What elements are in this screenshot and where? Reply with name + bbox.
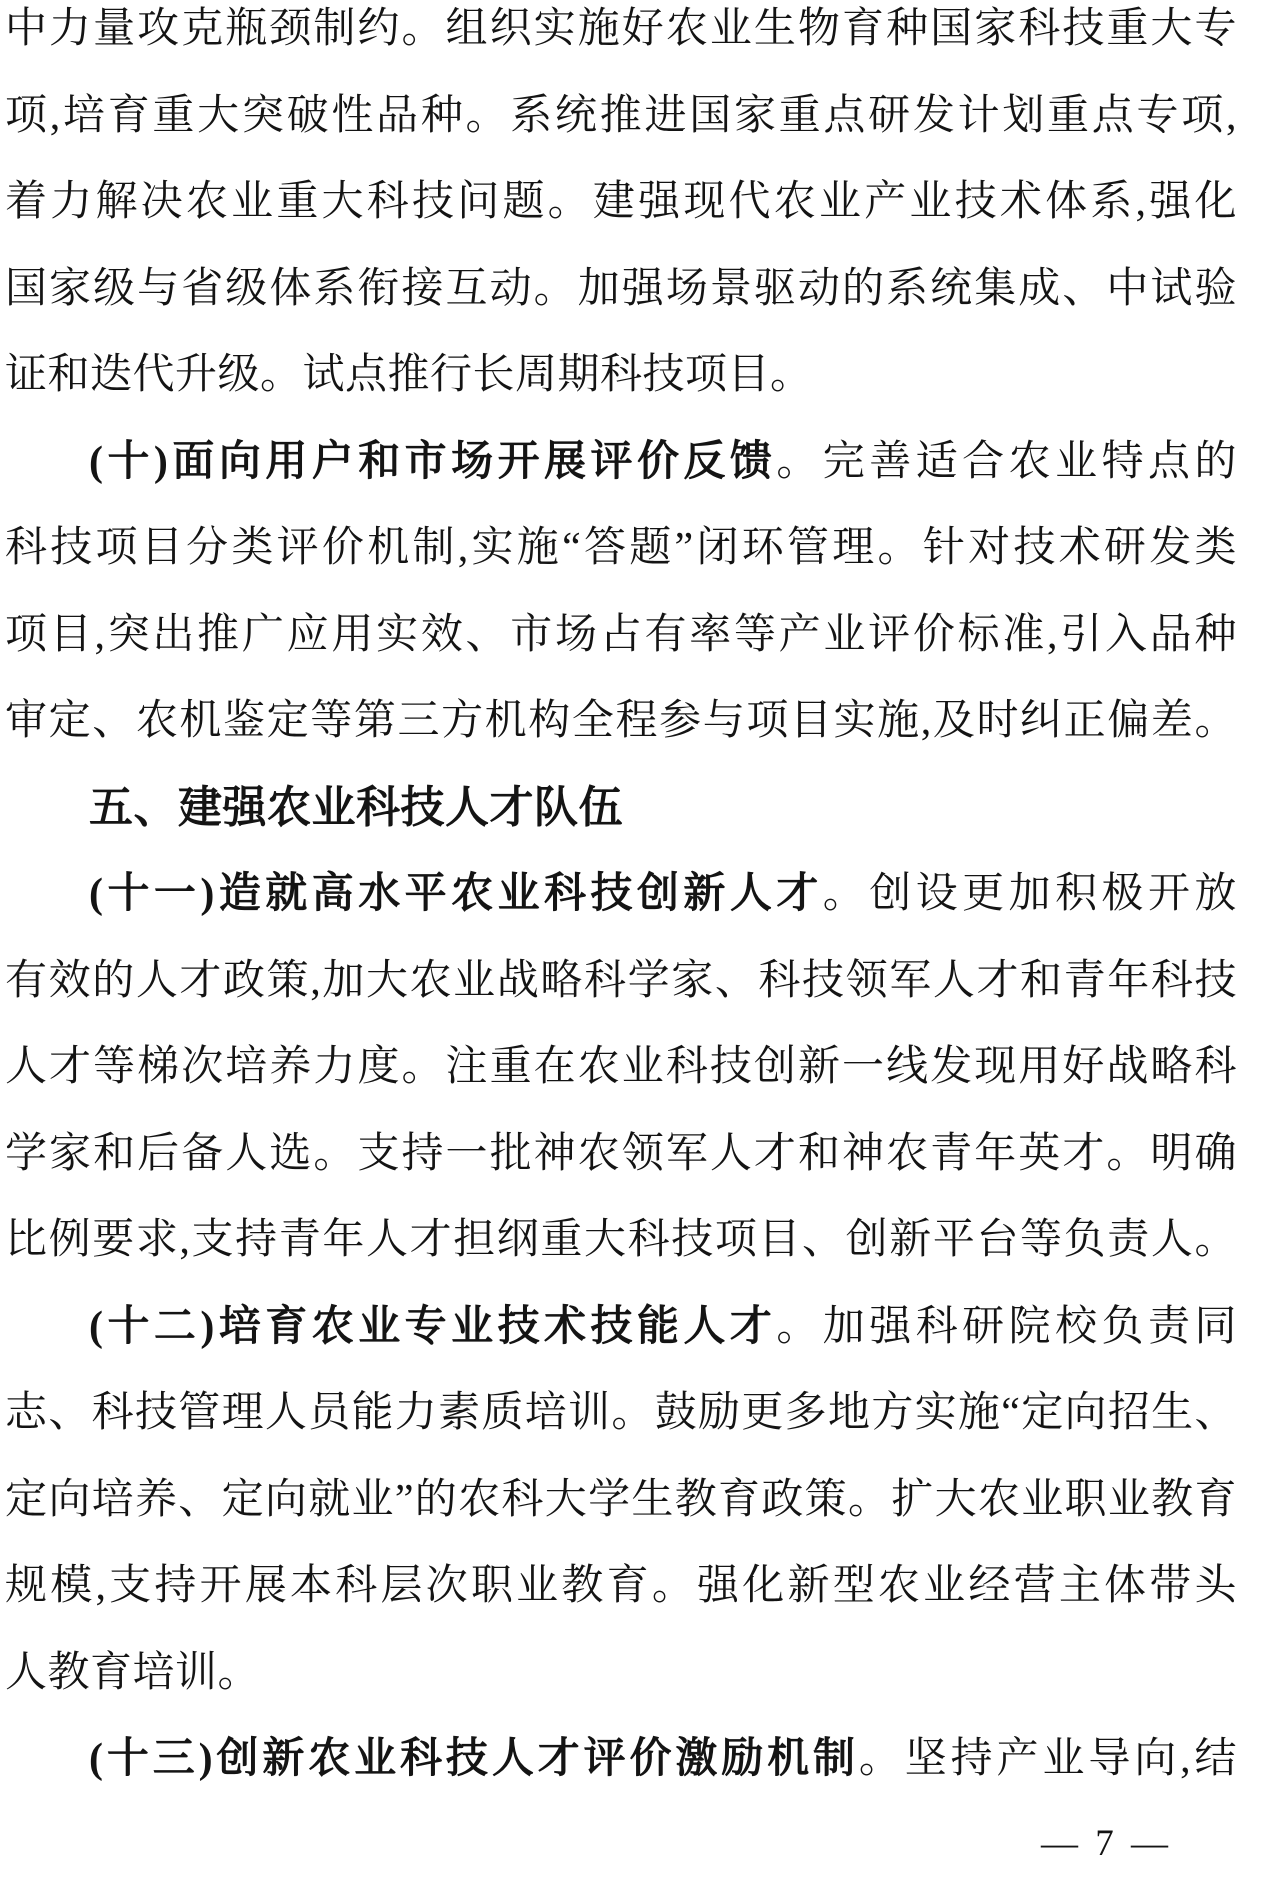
text-line: 项目,突出推广应用实效、市场占有率等产业评价标准,引入品种 <box>5 592 1237 679</box>
page-number: — 7 — <box>1041 1820 1172 1868</box>
text-line: (十)面向用户和市场开展评价反馈。完善适合农业特点的 <box>5 419 1237 506</box>
text-run: 科技项目分类评价机制,实施“答题”闭环管理。针对技术研发类 <box>5 525 1237 571</box>
text-line: 有效的人才政策,加大农业战略科学家、科技领军人才和青年科技 <box>5 938 1237 1025</box>
text-run: 人才等梯次培养力度。注重在农业科技创新一线发现用好战略科 <box>5 1044 1237 1090</box>
text-run: 项,培育重大突破性品种。系统推进国家重点研发计划重点专项, <box>5 93 1237 139</box>
text-run: 有效的人才政策,加大农业战略科学家、科技领军人才和青年科技 <box>5 958 1237 1004</box>
text-run: 国家级与省级体系衔接互动。加强场景驱动的系统集成、中试验 <box>5 266 1237 312</box>
text-run: 审定、农机鉴定等第三方机构全程参与项目实施,及时纠正偏差。 <box>5 698 1237 744</box>
text-run: 证和迭代升级。试点推行长周期科技项目。 <box>5 352 813 398</box>
text-run: 。完善适合农业特点的 <box>776 439 1237 485</box>
text-line: 人才等梯次培养力度。注重在农业科技创新一线发现用好战略科 <box>5 1024 1237 1111</box>
text-run: 比例要求,支持青年人才担纲重大科技项目、创新平台等负责人。 <box>5 1217 1237 1263</box>
text-line: (十二)培育农业专业技术技能人才。加强科研院校负责同 <box>5 1284 1237 1371</box>
text-run: 中力量攻克瓶颈制约。组织实施好农业生物育种国家科技重大专 <box>5 6 1237 52</box>
text-run: 。加强科研院校负责同 <box>776 1304 1237 1350</box>
text-line: 国家级与省级体系衔接互动。加强场景驱动的系统集成、中试验 <box>5 246 1237 333</box>
text-line: 规模,支持开展本科层次职业教育。强化新型农业经营主体带头 <box>5 1543 1237 1630</box>
text-line: 定向培养、定向就业”的农科大学生教育政策。扩大农业职业教育 <box>5 1457 1237 1544</box>
text-line: 项,培育重大突破性品种。系统推进国家重点研发计划重点专项, <box>5 73 1237 160</box>
text-run: 。创设更加积极开放 <box>823 871 1237 917</box>
text-line: 证和迭代升级。试点推行长周期科技项目。 <box>5 332 1237 419</box>
text-line: (十一)造就高水平农业科技创新人才。创设更加积极开放 <box>5 851 1237 938</box>
bold-lead-in: (十一)造就高水平农业科技创新人才 <box>89 871 823 917</box>
text-line: 学家和后备人选。支持一批神农领军人才和神农青年英才。明确 <box>5 1111 1237 1198</box>
text-run: 学家和后备人选。支持一批神农领军人才和神农青年英才。明确 <box>5 1131 1237 1177</box>
document-page: { "meta": { "ink_color": "#141414", "pap… <box>0 0 1272 1903</box>
bold-lead-in: (十二)培育农业专业技术技能人才 <box>89 1304 776 1350</box>
bold-lead-in: (十)面向用户和市场开展评价反馈 <box>89 439 776 485</box>
text-run: 项目,突出推广应用实效、市场占有率等产业评价标准,引入品种 <box>5 612 1237 658</box>
section-heading: 五、建强农业科技人才队伍 <box>5 765 1237 852</box>
text-run: 规模,支持开展本科层次职业教育。强化新型农业经营主体带头 <box>5 1563 1237 1609</box>
text-line: (十三)创新农业科技人才评价激励机制。坚持产业导向,结 <box>5 1716 1237 1803</box>
text-run: 着力解决农业重大科技问题。建强现代农业产业技术体系,强化 <box>5 179 1237 225</box>
text-run: 定向培养、定向就业”的农科大学生教育政策。扩大农业职业教育 <box>5 1477 1237 1523</box>
text-line: 科技项目分类评价机制,实施“答题”闭环管理。针对技术研发类 <box>5 505 1237 592</box>
text-run: 志、科技管理人员能力素质培训。鼓励更多地方实施“定向招生、 <box>5 1390 1237 1436</box>
text-run: 。坚持产业导向,结 <box>859 1736 1237 1782</box>
text-line: 审定、农机鉴定等第三方机构全程参与项目实施,及时纠正偏差。 <box>5 678 1237 765</box>
text-run: 人教育培训。 <box>5 1650 260 1696</box>
bold-lead-in: (十三)创新农业科技人才评价激励机制 <box>89 1736 859 1782</box>
text-line: 志、科技管理人员能力素质培训。鼓励更多地方实施“定向招生、 <box>5 1370 1237 1457</box>
text-line: 人教育培训。 <box>5 1630 1237 1717</box>
text-block: 中力量攻克瓶颈制约。组织实施好农业生物育种国家科技重大专项,培育重大突破性品种。… <box>5 0 1237 1803</box>
text-line: 中力量攻克瓶颈制约。组织实施好农业生物育种国家科技重大专 <box>5 0 1237 73</box>
text-line: 比例要求,支持青年人才担纲重大科技项目、创新平台等负责人。 <box>5 1197 1237 1284</box>
text-line: 着力解决农业重大科技问题。建强现代农业产业技术体系,强化 <box>5 159 1237 246</box>
bold-lead-in: 五、建强农业科技人才队伍 <box>89 783 623 832</box>
